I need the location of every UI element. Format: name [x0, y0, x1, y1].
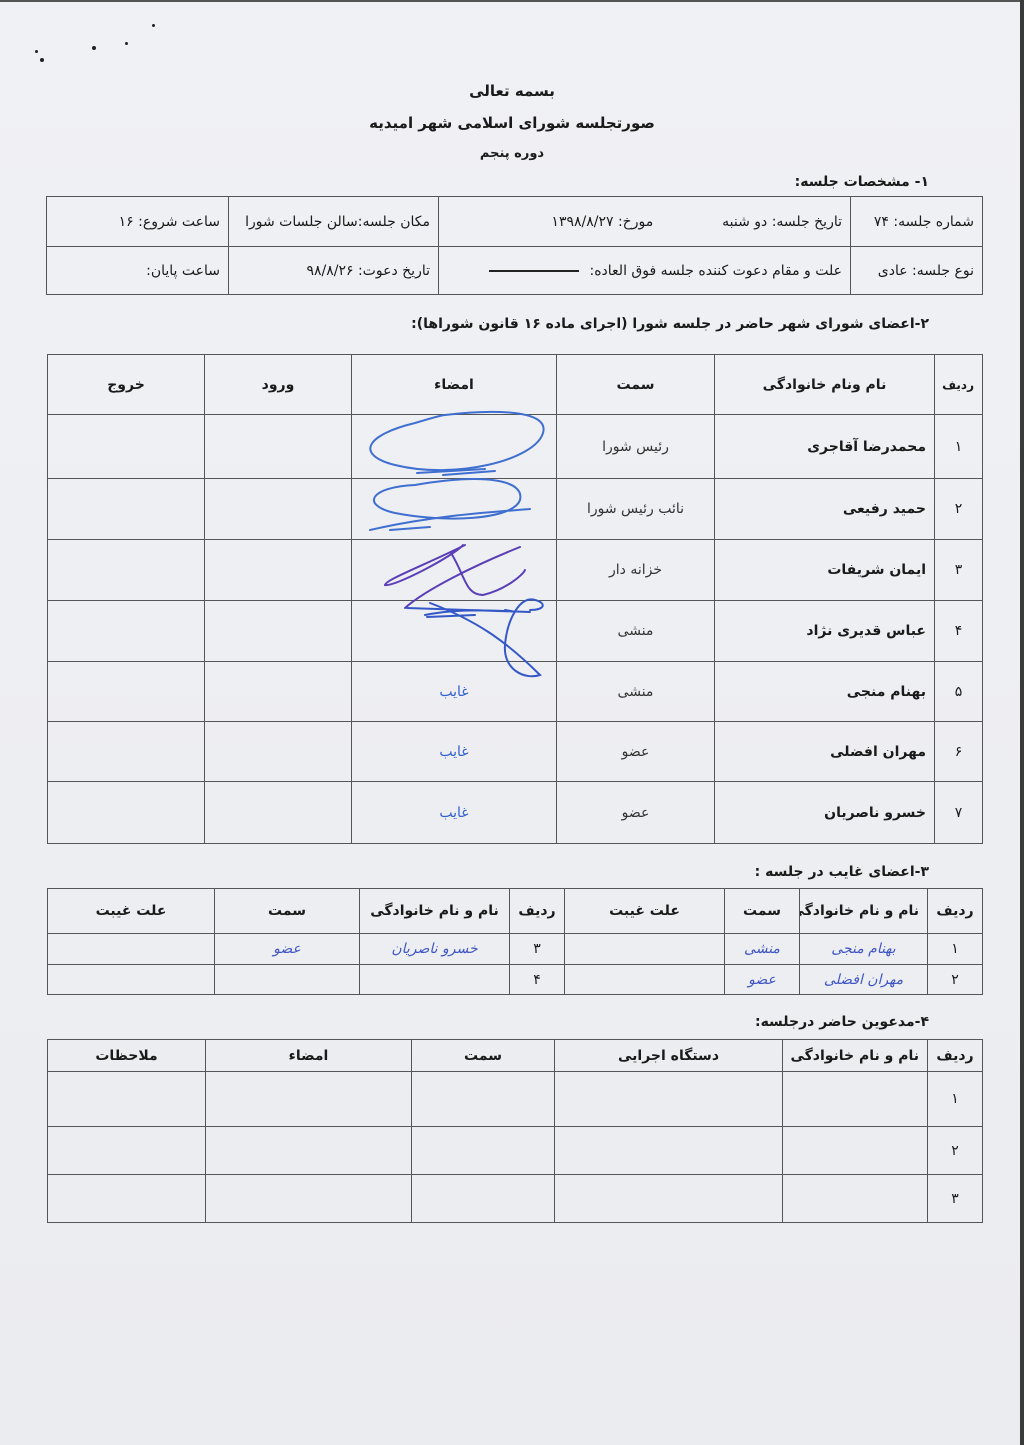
invitee-org [555, 1072, 783, 1127]
invitee-role [412, 1127, 555, 1175]
member-role: منشی [557, 662, 715, 722]
table-row: ۳ [48, 1175, 983, 1223]
heading-bismillah: بسمه تعالی [0, 82, 1024, 100]
entry-cell [205, 601, 352, 662]
section3-title: ۳-اعضای غایب در جلسه : [755, 864, 929, 880]
table-row: ۱ محمدرضا آقاجری رئیس شورا [48, 415, 983, 479]
member-name: حمید رفیعی [715, 479, 935, 540]
invitee-name [783, 1072, 928, 1127]
session-info-table: شماره جلسه: ۷۴ تاریخ جلسه: دو شنبه مورخ:… [46, 196, 983, 295]
absent-role [215, 965, 360, 995]
col-absence-reason-2: علت غیبت [48, 889, 215, 934]
absence-reason [48, 965, 215, 995]
row-index: ۵ [935, 662, 983, 722]
invitees-header-row: ردیف نام و نام خانوادگی دستگاه اجرایی سم… [48, 1040, 983, 1072]
col-row-number: ردیف [928, 1040, 983, 1072]
row-index: ۷ [935, 782, 983, 844]
row-index: ۳ [935, 540, 983, 601]
invitee-role [412, 1175, 555, 1223]
extraordinary-reason-cell: علت و مقام دعوت کننده جلسه فوق العاده: [439, 247, 851, 295]
member-role: عضو [557, 782, 715, 844]
col-full-name-2: نام و نام خانوادگی [360, 889, 510, 934]
invitee-signature [206, 1127, 412, 1175]
col-role-2: سمت [215, 889, 360, 934]
scan-edge-top [0, 0, 1024, 2]
member-name: ایمان شریفات [715, 540, 935, 601]
exit-cell [48, 415, 205, 479]
absence-reason [565, 934, 725, 965]
col-notes: ملاحظات [48, 1040, 206, 1072]
col-entry: ورود [205, 355, 352, 415]
absence-reason [48, 934, 215, 965]
col-absence-reason: علت غیبت [565, 889, 725, 934]
document-page: بسمه تعالی صورتجلسه شورای اسلامی شهر امی… [0, 0, 1024, 1445]
member-role: منشی [557, 601, 715, 662]
scan-edge-right [1020, 0, 1024, 1445]
row-index: ۲ [928, 1127, 983, 1175]
section2-title: ۲-اعضای شورای شهر حاضر در جلسه شورا (اجر… [411, 316, 929, 332]
invitee-signature [206, 1175, 412, 1223]
exit-cell [48, 662, 205, 722]
member-name: بهنام منجی [715, 662, 935, 722]
table-row: ۲ [48, 1127, 983, 1175]
absent-members-table: ردیف نام و نام خانوادگی سمت علت غیبت ردی… [47, 888, 983, 995]
invitee-name [783, 1127, 928, 1175]
invitee-signature [206, 1072, 412, 1127]
row-index: ۴ [510, 965, 565, 995]
row-index: ۳ [928, 1175, 983, 1223]
table-row: ۱ بهنام منجی منشی ۳ خسرو ناصریان عضو [48, 934, 983, 965]
table-row: ۵ بهنام منجی منشی غایب [48, 662, 983, 722]
entry-cell [205, 479, 352, 540]
row-index: ۳ [510, 934, 565, 965]
row-index: ۱ [928, 934, 983, 965]
absent-name: بهنام منجی [800, 934, 928, 965]
absent-role: عضو [725, 965, 800, 995]
invitee-notes [48, 1072, 206, 1127]
col-role: سمت [725, 889, 800, 934]
absent-mark: غایب [352, 782, 557, 844]
col-exit: خروج [48, 355, 205, 415]
entry-cell [205, 415, 352, 479]
absent-name [360, 965, 510, 995]
attendees-header-row: ردیف نام ونام خانوادگی سمت امضاء ورود خر… [48, 355, 983, 415]
invitee-notes [48, 1175, 206, 1223]
table-row: ۲ مهران افضلی عضو ۴ [48, 965, 983, 995]
session-location: مکان جلسه:سالن جلسات شورا [229, 197, 439, 247]
section1-title: ۱- مشخصات جلسه: [795, 174, 929, 190]
member-role: عضو [557, 722, 715, 782]
signature-cell [352, 479, 557, 540]
col-full-name: نام و نام خانوادگی [783, 1040, 928, 1072]
session-number: شماره جلسه: ۷۴ [851, 197, 983, 247]
session-date-cell: تاریخ جلسه: دو شنبه مورخ: ۱۳۹۸/۸/۲۷ [439, 197, 851, 247]
table-row: ۴ عباس قدیری نژاد منشی [48, 601, 983, 662]
member-role: خزانه دار [557, 540, 715, 601]
absent-mark: غایب [352, 722, 557, 782]
absent-mark: غایب [352, 662, 557, 722]
session-type: نوع جلسه: عادی [851, 247, 983, 295]
session-start-time: ساعت شروع: ۱۶ [47, 197, 229, 247]
extraordinary-reason: علت و مقام دعوت کننده جلسه فوق العاده: [590, 263, 843, 279]
col-organization: دستگاه اجرایی [555, 1040, 783, 1072]
member-name: عباس قدیری نژاد [715, 601, 935, 662]
table-row: ۶ مهران افضلی عضو غایب [48, 722, 983, 782]
exit-cell [48, 601, 205, 662]
invitee-org [555, 1175, 783, 1223]
table-row: ۲ حمید رفیعی نائب رئیس شورا [48, 479, 983, 540]
signature-cell [352, 540, 557, 601]
entry-cell [205, 722, 352, 782]
col-full-name: نام و نام خانوادگی [800, 889, 928, 934]
col-full-name: نام ونام خانوادگی [715, 355, 935, 415]
row-index: ۲ [928, 965, 983, 995]
col-signature: امضاء [206, 1040, 412, 1072]
absent-header-row: ردیف نام و نام خانوادگی سمت علت غیبت ردی… [48, 889, 983, 934]
signature-cell [352, 601, 557, 662]
col-role: سمت [412, 1040, 555, 1072]
invitee-name [783, 1175, 928, 1223]
exit-cell [48, 479, 205, 540]
document-title: صورتجلسه شورای اسلامی شهر امیدیه [0, 114, 1024, 132]
row-index: ۲ [935, 479, 983, 540]
invitees-table: ردیف نام و نام خانوادگی دستگاه اجرایی سم… [47, 1039, 983, 1223]
signature-cell [352, 415, 557, 479]
absent-name: خسرو ناصریان [360, 934, 510, 965]
row-index: ۴ [935, 601, 983, 662]
section4-title: ۴-مدعوین حاضر درجلسه: [755, 1014, 929, 1030]
invitee-notes [48, 1127, 206, 1175]
exit-cell [48, 540, 205, 601]
absence-reason [565, 965, 725, 995]
member-name: محمدرضا آقاجری [715, 415, 935, 479]
row-index: ۶ [935, 722, 983, 782]
row-index: ۱ [928, 1072, 983, 1127]
col-row-number-2: ردیف [510, 889, 565, 934]
entry-cell [205, 662, 352, 722]
member-name: خسرو ناصریان [715, 782, 935, 844]
absent-name: مهران افضلی [800, 965, 928, 995]
entry-cell [205, 782, 352, 844]
member-name: مهران افضلی [715, 722, 935, 782]
table-row: ۷ خسرو ناصریان عضو غایب [48, 782, 983, 844]
invitee-org [555, 1127, 783, 1175]
row-index: ۱ [935, 415, 983, 479]
table-row: ۱ [48, 1072, 983, 1127]
table-row: ۳ ایمان شریفات خزانه دار [48, 540, 983, 601]
invitation-date: تاریخ دعوت: ۹۸/۸/۲۶ [229, 247, 439, 295]
exit-cell [48, 722, 205, 782]
absent-role: منشی [725, 934, 800, 965]
session-end-time: ساعت پایان: [47, 247, 229, 295]
invitee-role [412, 1072, 555, 1127]
col-row-number: ردیف [928, 889, 983, 934]
session-date: تاریخ جلسه: دو شنبه [722, 214, 842, 230]
col-role: سمت [557, 355, 715, 415]
blank-line [489, 270, 579, 272]
member-role: نائب رئیس شورا [557, 479, 715, 540]
exit-cell [48, 782, 205, 844]
col-signature: امضاء [352, 355, 557, 415]
member-role: رئیس شورا [557, 415, 715, 479]
attendees-table: ردیف نام ونام خانوادگی سمت امضاء ورود خر… [47, 354, 983, 844]
col-row-number: ردیف [935, 355, 983, 415]
session-dated: مورخ: ۱۳۹۸/۸/۲۷ [551, 214, 653, 230]
scan-specks [20, 20, 140, 70]
document-subtitle: دوره پنجم [0, 146, 1024, 161]
absent-role: عضو [215, 934, 360, 965]
entry-cell [205, 540, 352, 601]
